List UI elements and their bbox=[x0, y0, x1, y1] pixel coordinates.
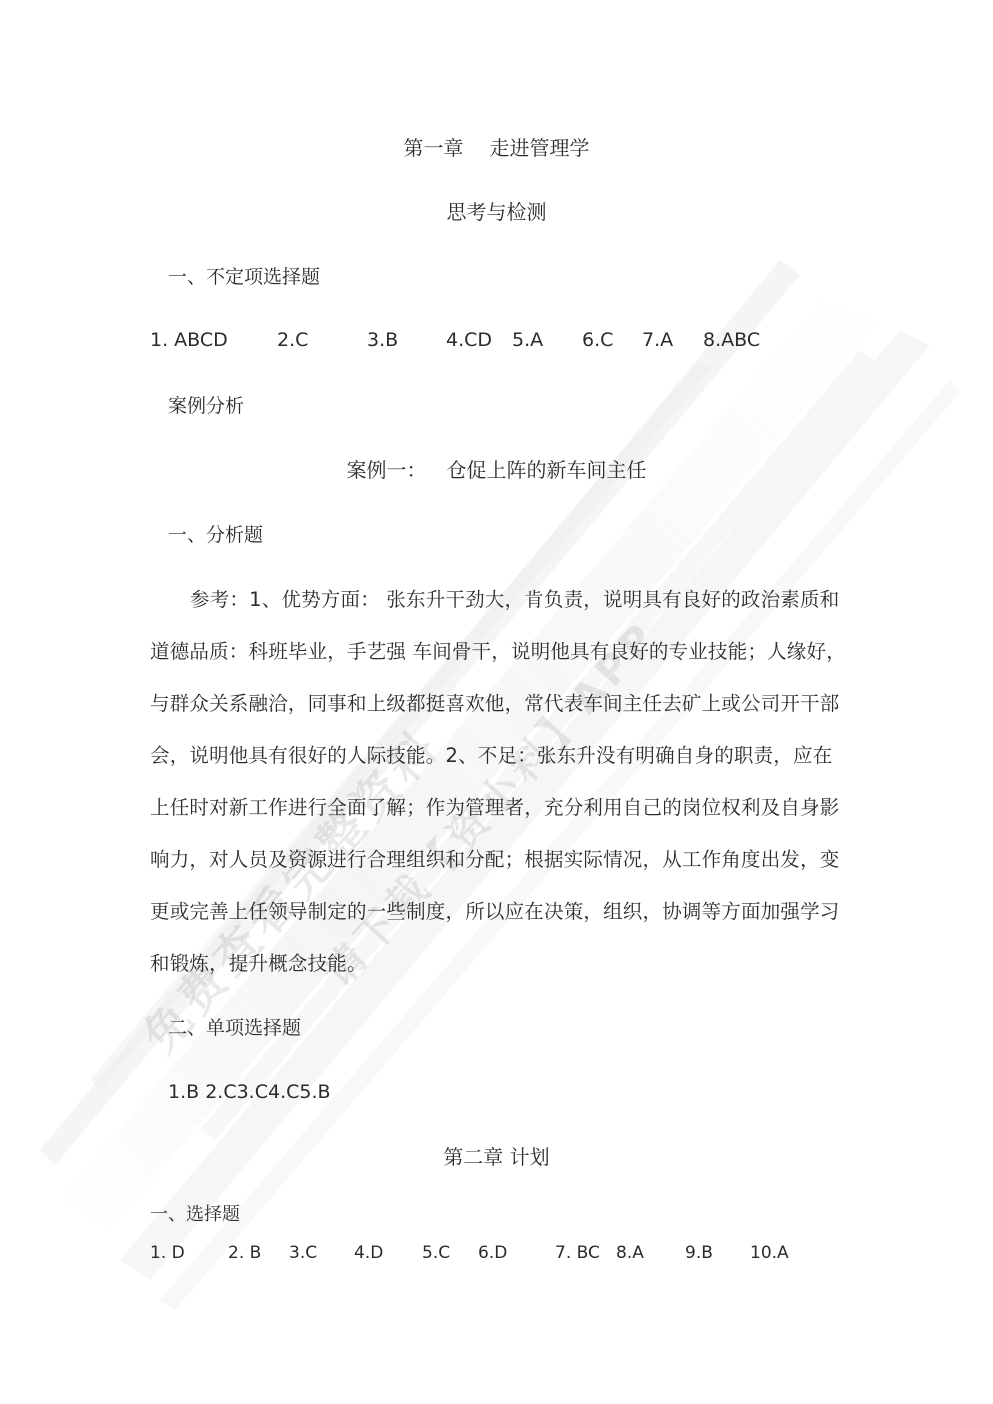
section-heading-analysis: 一、分析题 bbox=[168, 523, 263, 547]
answer-item: 7.A bbox=[642, 328, 673, 352]
section-heading-single-choice: 二、单项选择题 bbox=[168, 1016, 301, 1040]
answer-item: 2. B bbox=[228, 1241, 261, 1265]
chapter1-number: 第一章 bbox=[404, 136, 464, 160]
paragraph-line: 更或完善上任领导制定的一些制度，所以应在决策，组织，协调等方面加强学习 bbox=[150, 900, 840, 924]
paragraph-line: 上任时对新工作进行全面了解；作为管理者，充分利用自己的岗位权利及自身影 bbox=[150, 796, 840, 820]
case1-name: 仓促上阵的新车间主任 bbox=[447, 458, 647, 482]
case-analysis-heading: 案例分析 bbox=[168, 394, 244, 418]
paragraph-line: 与群众关系融洽，同事和上级都挺喜欢他，常代表车间主任去矿上或公司开干部 bbox=[150, 692, 840, 716]
section-heading-multiple-choice: 一、不定项选择题 bbox=[168, 265, 320, 289]
answer-item: 7. BC bbox=[555, 1241, 600, 1265]
answer-item: 6.C bbox=[582, 328, 613, 352]
chapter1-name: 走进管理学 bbox=[490, 136, 590, 160]
answer-item: 1. ABCD bbox=[150, 328, 228, 352]
answer-item: 10.A bbox=[750, 1241, 789, 1265]
answer-item: 9.B bbox=[685, 1241, 713, 1265]
answer-item: 4.D bbox=[354, 1241, 383, 1265]
paragraph-line: 和锻炼，提升概念技能。 bbox=[150, 952, 367, 976]
paragraph-line: 参考：1、优势方面： 张东升干劲大，肯负责，说明具有良好的政治素质和 bbox=[190, 588, 839, 612]
chapter1-subtitle: 思考与检测 bbox=[0, 200, 993, 224]
answers-single-choice: 1.B 2.C3.C4.C5.B bbox=[168, 1080, 331, 1104]
paragraph-line: 道德品质：科班毕业，手艺强 车间骨干，说明他具有良好的专业技能；人缘好， bbox=[150, 640, 846, 664]
answer-item: 2.C bbox=[277, 328, 308, 352]
answer-item: 6.D bbox=[478, 1241, 507, 1265]
answer-item: 5.C bbox=[422, 1241, 450, 1265]
answer-item: 4.CD bbox=[446, 328, 492, 352]
answer-item: 1. D bbox=[150, 1241, 185, 1265]
case1-label: 案例一： bbox=[347, 458, 427, 482]
answer-item: 5.A bbox=[512, 328, 543, 352]
chapter1-title: 第一章走进管理学 bbox=[0, 136, 993, 160]
document-page: 免费查看完整资料 请下载【资小料】APP 第一章走进管理学 思考与检测 一、不定… bbox=[0, 0, 993, 1404]
chapter2-section-heading: 一、选择题 bbox=[150, 1203, 240, 1227]
case1-title: 案例一：仓促上阵的新车间主任 bbox=[0, 458, 993, 482]
chapter2-title: 第二章 计划 bbox=[0, 1145, 993, 1169]
answer-item: 8.ABC bbox=[703, 328, 760, 352]
answer-item: 8.A bbox=[616, 1241, 644, 1265]
answer-item: 3.C bbox=[289, 1241, 317, 1265]
answer-item: 3.B bbox=[367, 328, 398, 352]
paragraph-line: 响力，对人员及资源进行合理组织和分配；根据实际情况，从工作角度出发，变 bbox=[150, 848, 840, 872]
paragraph-line: 会，说明他具有很好的人际技能。2、不足：张东升没有明确自身的职责，应在 bbox=[150, 744, 832, 768]
